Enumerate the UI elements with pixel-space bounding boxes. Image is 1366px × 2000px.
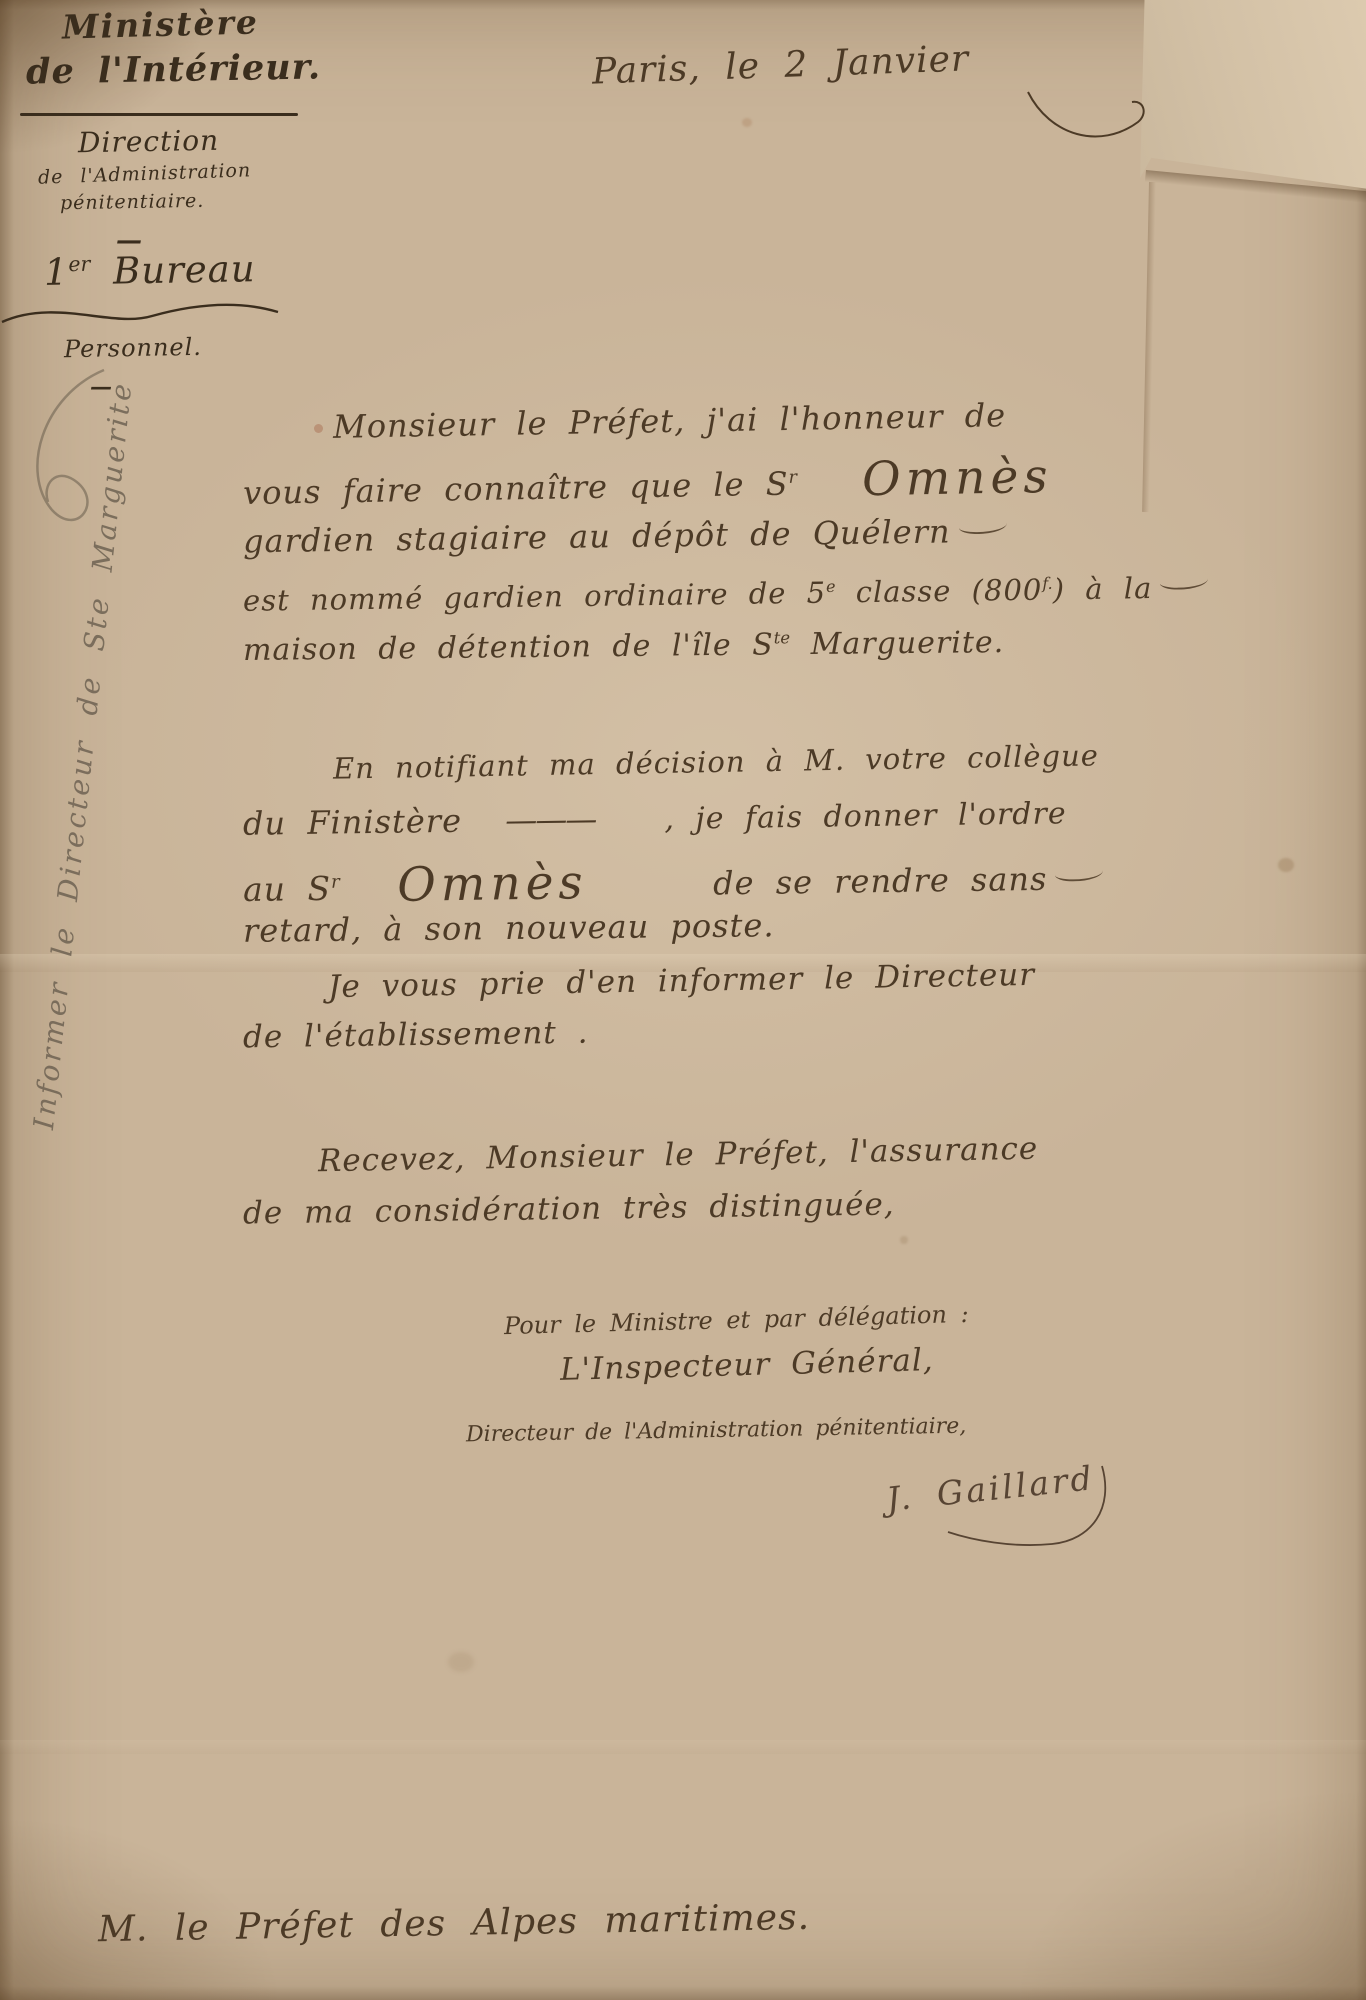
signatory-title-2: Directeur de l'Administration pénitentia… [466, 1416, 967, 1447]
addressee-line: M. le Préfet des Alpes maritimes. [98, 1900, 811, 1948]
body-line-8: au Sr Omnès de se rendre sans [243, 850, 1104, 909]
pen-flourish [1055, 864, 1103, 882]
service-label: Personnel. [64, 335, 202, 361]
ministry-name-line1: Ministère [62, 5, 260, 43]
body-line-11: de l'établissement . [243, 1018, 589, 1054]
body-line-4-sup-1: e [826, 577, 836, 596]
body-line-7-text-b: , je fais donner l'ordre [664, 796, 1067, 837]
guard-name: Omnès [862, 449, 1053, 507]
body-line-3-text: gardien stagiaire au dépôt de Quélern [243, 512, 951, 560]
vertical-crease [1142, 182, 1156, 512]
body-line-2: vous faire connaître que le Sr Omnès [243, 451, 1053, 512]
closing-line-1: Recevez, Monsieur le Préfet, l'assurance [318, 1134, 1039, 1178]
body-line-9: retard, à son nouveau poste. [243, 909, 775, 947]
delegation-line: Pour le Ministre et par délégation : [504, 1302, 969, 1338]
bureau-number: 1 [44, 250, 69, 293]
body-line-5: maison de détention de l'île Ste Marguer… [243, 628, 1004, 666]
body-line-4-text-b: classe (800 [835, 573, 1042, 610]
body-line-8-sup: r [331, 872, 340, 893]
body-line-4-text-a: est nommé gardien ordinaire de 5 [243, 576, 827, 618]
dateline: Paris, le 2 Janvier [591, 41, 969, 90]
body-line-6: En notifiant ma décision à M. votre coll… [333, 741, 1099, 783]
body-line-10: Je vous prie d'en informer le Directeur [328, 960, 1036, 1003]
margin-pencil-flourish [12, 362, 122, 552]
signatory-title-1: L'Inspecteur Général, [560, 1345, 934, 1386]
paper-stain [314, 424, 323, 433]
pen-flourish [1160, 572, 1208, 590]
ministry-name-line2: de l'Intérieur. [26, 49, 322, 89]
body-line-5-sup: te [774, 628, 791, 647]
paper-stain [900, 1236, 908, 1244]
letterhead-rule [20, 113, 298, 116]
bureau-ordinal: er [68, 252, 90, 276]
body-line-4-text-c: ) à la [1053, 571, 1153, 606]
direction-line3: pénitentiaire. [60, 192, 205, 214]
bureau-flourish [0, 296, 280, 336]
bureau-word: Bureau [113, 247, 256, 292]
body-line-7: du Finistère ——— , je fais donner l'ordr… [243, 796, 1067, 840]
dateline-flourish [1020, 78, 1160, 158]
pen-flourish [958, 517, 1006, 535]
paper-stain [448, 1652, 474, 1672]
signature-flourish [852, 1448, 1122, 1578]
body-line-5-text-b: Marguerite. [790, 625, 1004, 662]
guard-name-repeat: Omnès [397, 855, 588, 913]
fold-crease-horizontal [0, 1740, 1366, 1754]
body-line-1: Monsieur le Préfet, j'ai l'honneur de [333, 399, 1007, 443]
body-line-5-text-a: maison de détention de l'île S [243, 627, 774, 668]
blank-dash: ——— [505, 800, 596, 839]
body-line-2-text: vous faire connaître que le S [243, 465, 789, 513]
body-line-8-text-b: de se rendre sans [713, 860, 1048, 903]
closing-line-2: de ma considération très distinguée, [243, 1189, 895, 1229]
body-line-8-text-a: au S [243, 869, 332, 909]
body-line-7-text-a: du Finistère [243, 802, 463, 843]
bureau-line: 1er Bureau [44, 250, 256, 291]
body-line-3: gardien stagiaire au dépôt de Quélern [243, 515, 1007, 558]
body-line-4-sup-2: f. [1042, 574, 1053, 593]
direction-line2: de l'Administration [38, 161, 252, 187]
paper-stain [742, 118, 752, 127]
direction-line1: Direction [78, 127, 220, 157]
body-line-2-sup: r [788, 468, 797, 488]
letter-page: Ministère de l'Intérieur. Direction de l… [0, 0, 1366, 2000]
paper-stain [1278, 858, 1294, 872]
body-line-4: est nommé gardien ordinaire de 5e classe… [243, 573, 1209, 615]
